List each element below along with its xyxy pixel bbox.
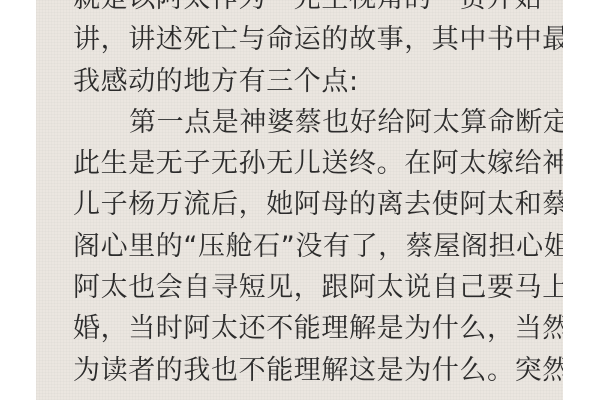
page: 就是以阿太作为一先生视角的一贯开始 讲，讲述死亡与命运的故事，其中书中最让 我感… — [0, 0, 600, 400]
paragraph-start-line: 第一点是神婆蔡也好给阿太算命断定她 — [73, 102, 533, 143]
paper-sheet: 就是以阿太作为一先生视角的一贯开始 讲，讲述死亡与命运的故事，其中书中最让 我感… — [36, 0, 563, 400]
body-text: 就是以阿太作为一先生视角的一贯开始 讲，讲述死亡与命运的故事，其中书中最让 我感… — [73, 0, 533, 391]
text-line: 讲，讲述死亡与命运的故事，其中书中最让 — [73, 19, 533, 60]
text-line: 婚，当时阿太还不能理解是为什么，当然作 — [73, 308, 533, 349]
text-line-clipped: 就是以阿太作为一先生视角的一贯开始 — [73, 0, 533, 19]
text-line: 阁心里的“压舱石”没有了，蔡屋阁担心姐姐 — [73, 226, 533, 267]
text-line: 为读者的我也不能理解这是为什么。突然有 — [73, 350, 533, 391]
text-line: 阿太也会自寻短见，跟阿太说自己要马上结 — [73, 267, 533, 308]
text-line: 我感动的地方有三个点: — [73, 61, 533, 102]
text-line: 此生是无子无孙无儿送终。在阿太嫁给神婆 — [73, 143, 533, 184]
text-line: 儿子杨万流后，她阿母的离去使阿太和蔡屋 — [73, 184, 533, 225]
